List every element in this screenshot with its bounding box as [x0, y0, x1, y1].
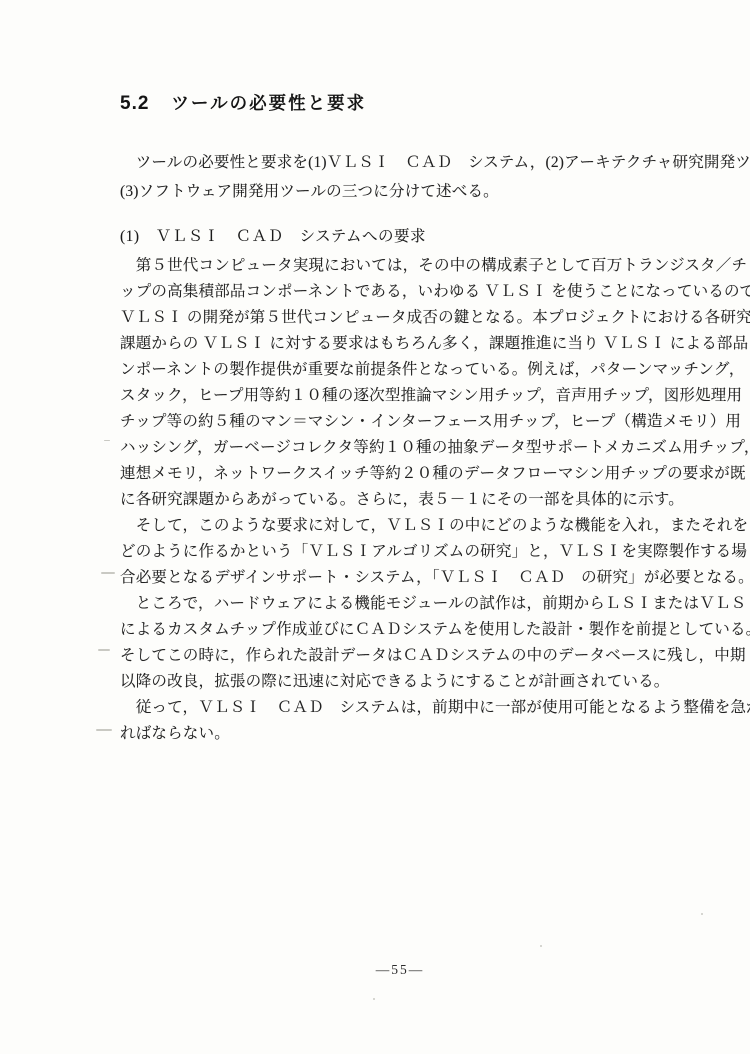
text-line: チップ等の約５種のマン＝マシン・インターフェース用チップ，ヒープ（構造メモリ）用 — [120, 409, 741, 431]
text-line: ところで，ハードウェアによる機能モジュールの試作は，前期からＬＳＩまたはＶＬＳＩ — [120, 591, 750, 613]
page-number: —55— — [376, 962, 425, 978]
text-line: そしてこの時に，作られた設計データはＣＡＤシステムの中のデータベースに残し，中期 — [120, 643, 746, 665]
text-line: ップの高集積部品コンポーネントである，いわゆる ＶＬＳＩ を使うことになっている… — [120, 279, 750, 301]
text-line: によるカスタムチップ作成並びにＣＡＤシステムを使用した設計・製作を前提としている… — [120, 617, 750, 639]
scan-speck — [104, 440, 110, 441]
text-line: 以降の改良，拡張の際に迅速に対応できるようにすることが計画されている。 — [120, 669, 670, 691]
scan-speck — [540, 945, 542, 947]
text-line: そして，このような要求に対して，ＶＬＳＩの中にどのような機能を入れ，またそれを — [120, 513, 748, 535]
section-number: 5.2 — [120, 93, 149, 114]
text-line: に各研究課題からあがっている。さらに，表５－１にその一部を具体的に示す。 — [120, 487, 684, 509]
text-line: 合必要となるデザインサポート・システム，「ＶＬＳＩ ＣＡＤ の研究」が必要となる… — [120, 565, 750, 587]
text-line: スタック，ヒープ用等約１０種の逐次型推論マシン用チップ，音声用チップ，図形処理用 — [120, 383, 742, 405]
text-line: どのように作るかという「ＶＬＳＩアルゴリズムの研究」と，ＶＬＳＩを実際製作する場 — [120, 539, 747, 561]
text-line: ＶＬＳＩ の開発が第５世代コンピュータ成否の鍵となる。本プロジェクトにおける各研… — [120, 305, 750, 327]
scan-speck — [98, 649, 110, 651]
subsection-heading: (1) ＶＬＳＩ ＣＡＤ システムへの要求 — [120, 224, 426, 246]
text-line: 連想メモリ，ネットワークスイッチ等約２０種のデータフローマシン用チップの要求が既 — [120, 461, 746, 483]
text-line: ンポーネントの製作提供が重要な前提条件となっている。例えば，パターンマッチング， — [120, 357, 745, 379]
text-line: ハッシング，ガーベージコレクタ等約１０種の抽象データ型サポートメカニズム用チップ… — [120, 435, 750, 457]
text-line: ツールの必要性と要求を(1)ＶＬＳＩ ＣＡＤ システム，(2)アーキテクチャ研究… — [120, 150, 750, 172]
section-heading: 5.2ツールの必要性と要求 — [120, 90, 366, 115]
scanned-document-page: 5.2ツールの必要性と要求 ツールの必要性と要求を(1)ＶＬＳＩ ＣＡＤ システ… — [0, 0, 750, 1054]
scan-speck — [701, 913, 703, 915]
scan-speck — [373, 998, 375, 1000]
scan-speck — [101, 572, 115, 574]
section-title: ツールの必要性と要求 — [171, 93, 366, 113]
text-line: ればならない。 — [120, 721, 230, 743]
text-line: 第５世代コンピュータ実現においては，その中の構成素子として百万トランジスタ／チ — [120, 253, 747, 275]
scan-speck — [96, 729, 112, 731]
text-line: 課題からの ＶＬＳＩ に対する要求はもちろん多く，課題推進に当り ＶＬＳＩ によ… — [120, 331, 750, 353]
text-line: 従って，ＶＬＳＩ ＣＡＤ システムは，前期中に一部が使用可能となるよう整備を急が… — [120, 695, 750, 717]
text-line: (3)ソフトウェア開発用ツールの三つに分けて述べる。 — [120, 179, 499, 201]
